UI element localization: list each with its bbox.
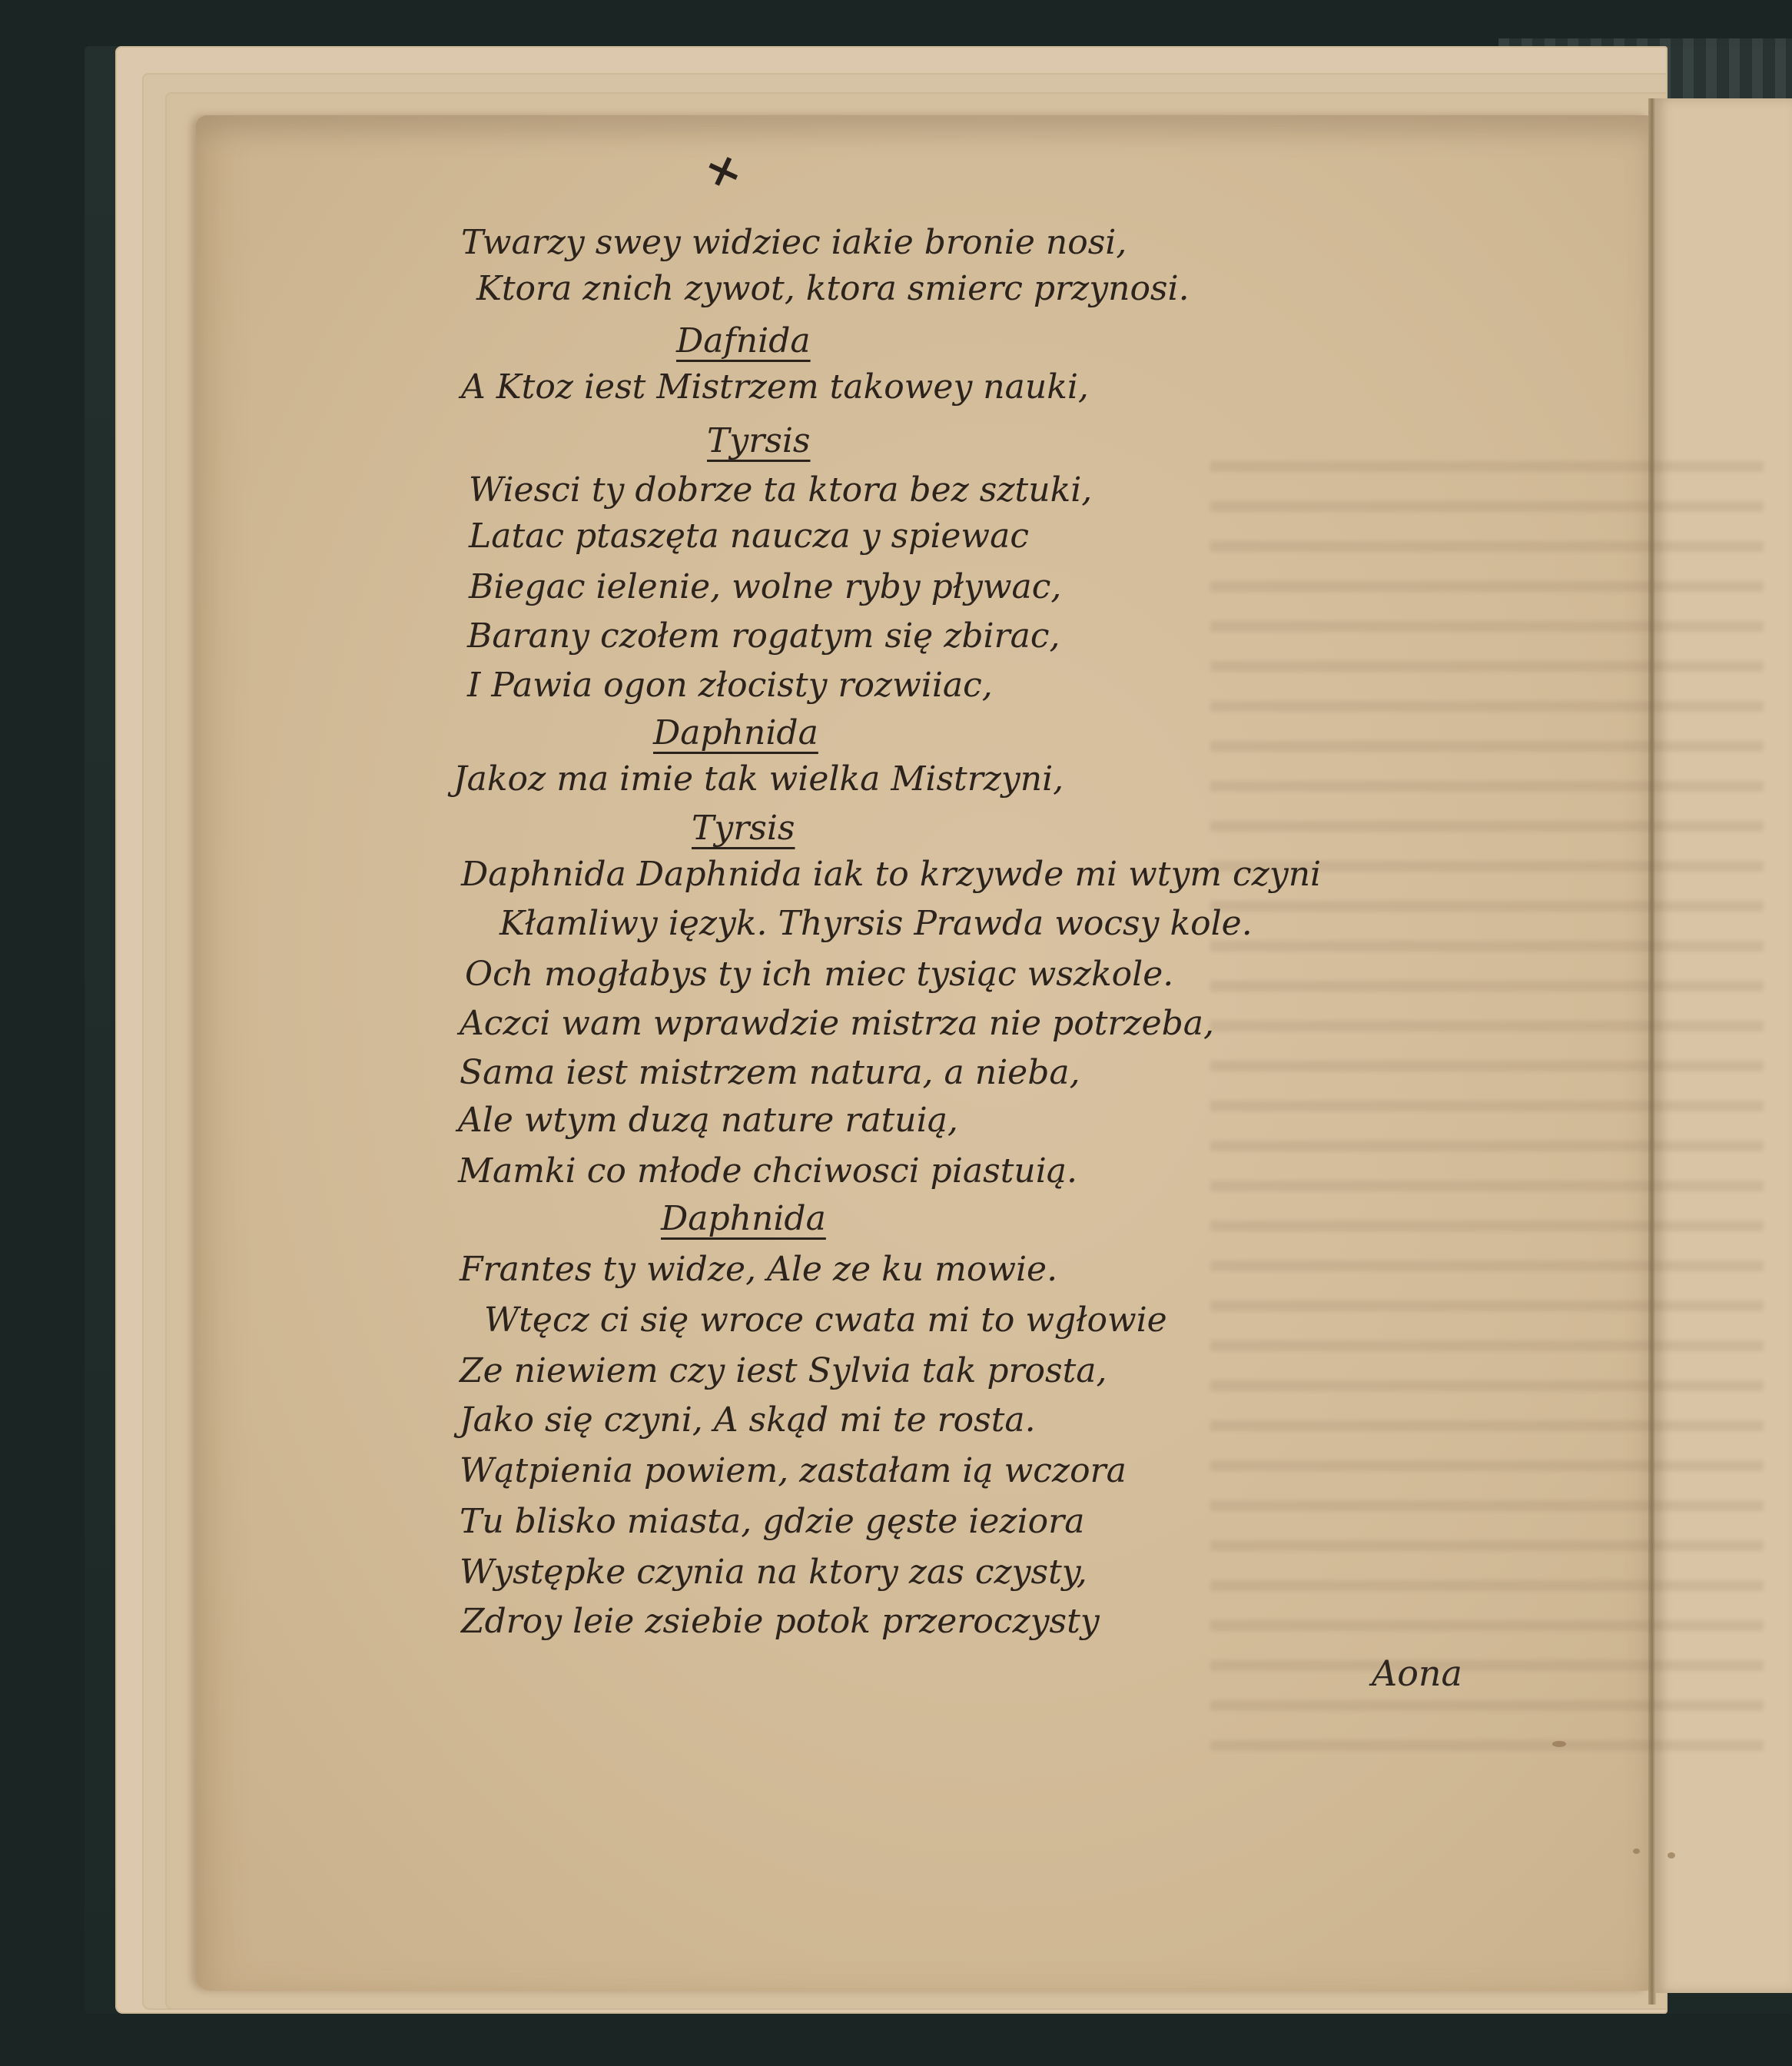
verse-line: Wątpienia powiem, zastałam ią wczora — [460, 1451, 1127, 1490]
verse-line: Zdroy leie zsiebie potok przeroczysty — [461, 1602, 1100, 1641]
catchword: Aona — [1372, 1652, 1462, 1694]
verse-line: Wtęcz ci się wroce cwata mi to wgłowie — [484, 1300, 1167, 1340]
paper-speck — [1668, 1852, 1675, 1858]
verse-line: Mamki co młode chciwosci piastuią. — [458, 1151, 1077, 1191]
verse-line: Występke czynia na ktory zas czysty, — [460, 1553, 1087, 1592]
verse-line: Kłamliwy ięzyk. Thyrsis Prawda wocsy kol… — [499, 904, 1253, 943]
verse-line: Ale wtym duzą nature ratuią, — [458, 1101, 958, 1140]
verse-line: Barany czołem rogatym się zbirac, — [467, 616, 1060, 656]
verse-line: Frantes ty widze, Ale ze ku mowie. — [460, 1250, 1057, 1289]
verse-line: Daphnida Daphnida iak to krzywde mi wtym… — [461, 855, 1321, 894]
verse-line: Och mogłabys ty ich miec tysiąc wszkole. — [465, 955, 1173, 994]
speaker-name: Daphnida — [653, 713, 818, 752]
verse-line: I Pawia ogon złocisty rozwiiac, — [467, 666, 993, 705]
verse-line: Tu blisko miasta, gdzie gęste ieziora — [460, 1502, 1084, 1541]
verse-line: A Ktoz iest Mistrzem takowey nauki, — [461, 367, 1089, 407]
verse-line: Aczci wam wprawdzie mistrza nie potrzeba… — [460, 1004, 1214, 1043]
verse-line: Biegac ielenie, wolne ryby pływac, — [469, 567, 1061, 606]
verse-line: Ktora znich zywot, ktora smierc przynosi… — [476, 269, 1190, 308]
verse-line: Wiesci ty dobrze ta ktora bez sztuki, — [469, 470, 1092, 510]
speaker-name: Tyrsis — [692, 809, 795, 848]
ink-bleed-through — [1210, 438, 1764, 1760]
paper-speck — [1633, 1848, 1640, 1854]
speaker-name: Tyrsis — [707, 421, 810, 460]
verse-line: Twarzy swey widziec iakie bronie nosi, — [461, 223, 1127, 262]
verse-line: Jakoz ma imie tak wielka Mistrzyni, — [453, 759, 1064, 799]
verse-line: Jako się czyni, A skąd mi te rosta. — [460, 1400, 1036, 1440]
verse-line: Ze niewiem czy iest Sylvia tak prosta, — [460, 1351, 1107, 1390]
speaker-name: Dafnida — [676, 321, 811, 360]
paper-speck — [1552, 1741, 1566, 1747]
verse-line: Latac ptaszęta naucza y spiewac — [469, 516, 1029, 556]
verse-line: Sama iest mistrzem natura, a nieba, — [460, 1053, 1080, 1092]
speaker-name: Daphnida — [661, 1199, 826, 1238]
